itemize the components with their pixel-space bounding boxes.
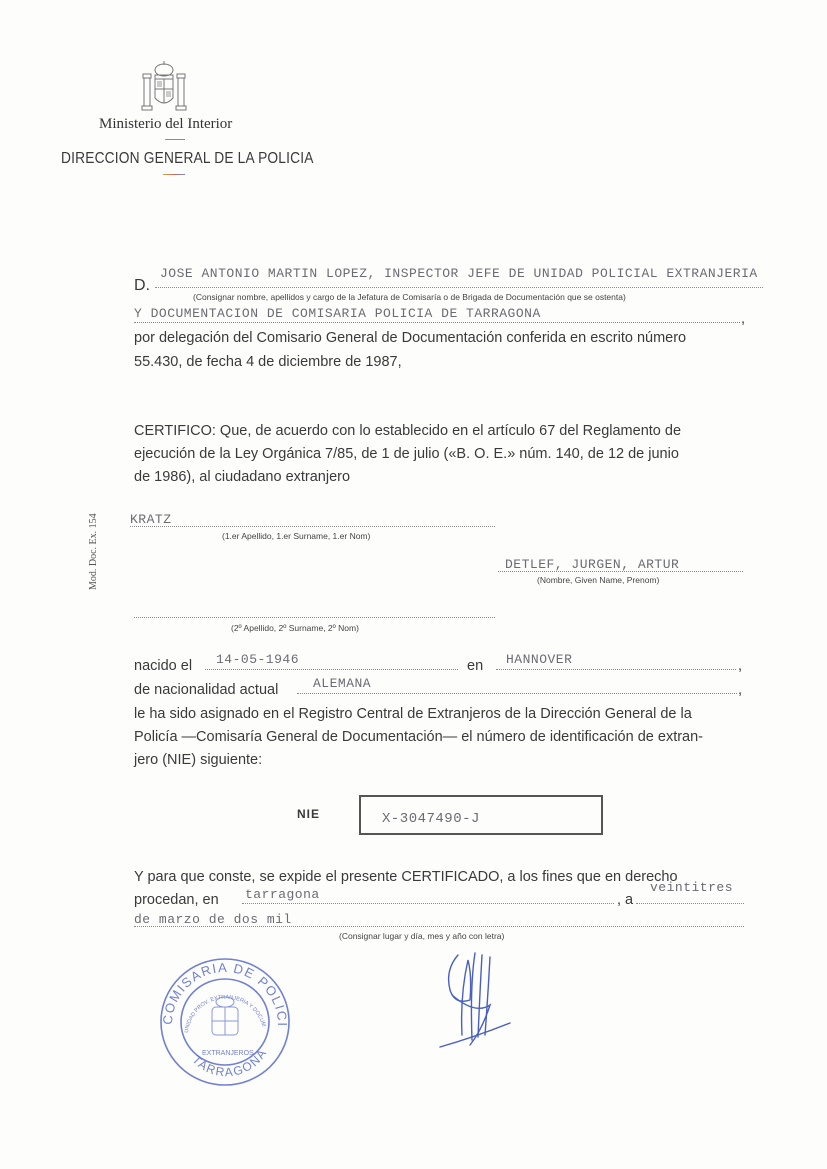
issue-day-field[interactable]: veintitres bbox=[650, 880, 733, 895]
spanish-coat-of-arms-icon bbox=[140, 60, 188, 114]
directorate-name: DIRECCION GENERAL DE LA POLICIA bbox=[61, 150, 314, 168]
official-prefix: D. bbox=[134, 274, 150, 298]
closing-text-1: Y para que conste, se expide el presente… bbox=[134, 866, 678, 890]
official-name-caption: (Consignar nombre, apellidos y cargo de … bbox=[193, 292, 626, 302]
delegation-text-2: 55.430, de fecha 4 de diciembre de 1987, bbox=[134, 351, 402, 375]
official-unit-comma: , bbox=[741, 308, 745, 332]
official-name-field[interactable]: JOSE ANTONIO MARTIN LOPEZ, INSPECTOR JEF… bbox=[160, 266, 758, 281]
birth-place-comma: , bbox=[738, 655, 742, 679]
procedan-label: procedan, en bbox=[134, 889, 219, 913]
surname2-line bbox=[134, 617, 495, 618]
birth-place-field[interactable]: HANNOVER bbox=[506, 652, 572, 667]
official-name-line bbox=[155, 287, 763, 288]
given-name-line bbox=[498, 571, 743, 572]
delegation-text-1: por delegación del Comisario General de … bbox=[134, 327, 686, 351]
given-name-field[interactable]: DETLEF, JURGEN, ARTUR bbox=[505, 557, 679, 572]
given-name-caption: (Nombre, Given Name, Prenom) bbox=[537, 575, 659, 585]
birth-date-line bbox=[205, 669, 458, 670]
surname1-line bbox=[130, 526, 495, 527]
issue-date-field[interactable]: de marzo de dos mil bbox=[134, 912, 292, 927]
surname1-caption: (1.er Apellido, 1.er Surname, 1.er Nom) bbox=[222, 531, 370, 541]
birth-place-line bbox=[496, 669, 736, 670]
ministry-name: Ministerio del Interior bbox=[99, 116, 232, 133]
police-stamp-icon: COMISARIA DE POLICIA TARRAGONA UNIDAD PR… bbox=[150, 955, 300, 1090]
issue-day-label: , a bbox=[617, 889, 633, 913]
birth-place-label: en bbox=[467, 655, 483, 679]
official-unit-field[interactable]: Y DOCUMENTACION DE COMISARIA POLICIA DE … bbox=[134, 306, 541, 321]
surname1-field[interactable]: KRATZ bbox=[130, 512, 172, 527]
assignment-text-2: Policía —Comisaría General de Documentac… bbox=[134, 726, 703, 750]
born-label: nacido el bbox=[134, 655, 192, 679]
assignment-text-3: jero (NIE) siguiente: bbox=[134, 749, 262, 773]
issue-date-line bbox=[134, 926, 744, 927]
issue-day-line bbox=[636, 903, 744, 904]
nie-label: NIE bbox=[297, 807, 320, 821]
nie-value-field[interactable]: X-3047490-J bbox=[382, 811, 480, 827]
issue-place-field[interactable]: tarragona bbox=[245, 887, 320, 902]
header-divider-tricolor bbox=[163, 174, 185, 175]
certifico-text-3: de 1986), al ciudadano extranjero bbox=[134, 466, 350, 490]
handwritten-signature-icon bbox=[430, 945, 520, 1055]
nationality-comma: , bbox=[738, 679, 742, 703]
nationality-field[interactable]: ALEMANA bbox=[313, 676, 371, 691]
nationality-line bbox=[297, 693, 737, 694]
header-divider bbox=[165, 139, 185, 140]
nationality-label: de nacionalidad actual bbox=[134, 679, 278, 703]
surname2-caption: (2º Apellido, 2º Surname, 2º Nom) bbox=[231, 623, 359, 633]
certifico-text-1: CERTIFICO: Que, de acuerdo con lo establ… bbox=[134, 420, 681, 444]
svg-text:EXTRANJEROS: EXTRANJEROS bbox=[202, 1050, 254, 1057]
assignment-text-1: le ha sido asignado en el Registro Centr… bbox=[134, 703, 692, 727]
certifico-text-2: ejecución de la Ley Orgánica 7/85, de 1 … bbox=[134, 443, 679, 467]
form-model-label: Mod. Doc. Ex. 154 bbox=[88, 513, 99, 590]
official-unit-line bbox=[134, 322, 740, 323]
issue-place-line bbox=[242, 903, 614, 904]
birth-date-field[interactable]: 14-05-1946 bbox=[216, 652, 299, 667]
form-model-label-wrap: Mod. Doc. Ex. 154 bbox=[88, 590, 102, 680]
issue-date-caption: (Consignar lugar y día, mes y año con le… bbox=[339, 931, 504, 941]
